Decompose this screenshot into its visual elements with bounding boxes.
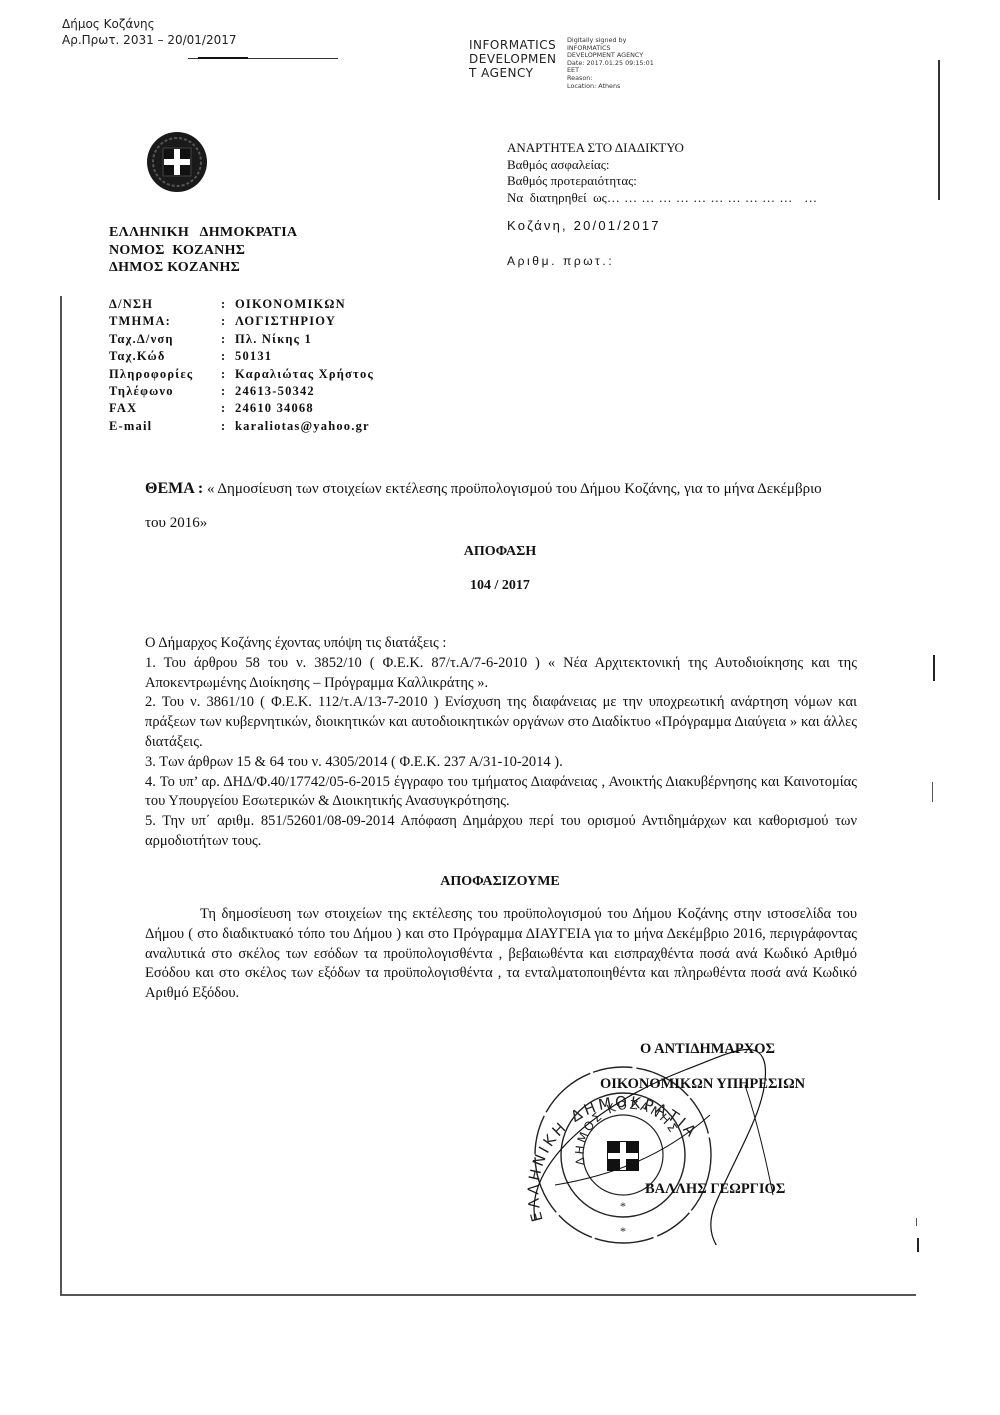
signatory-title: Ο ΑΝΤΙΔΗΜΑΡΧΟΣ xyxy=(640,1041,775,1058)
contact-key: FAX xyxy=(109,400,221,417)
contact-key: Ταχ.Δ/νση xyxy=(109,331,221,348)
contact-value: karaliotas@yahoo.gr xyxy=(235,418,370,435)
digital-signature-signer: INFORMATICS DEVELOPMEN T AGENCY xyxy=(469,38,556,80)
contact-value: Καραλιώτας Χρήστος xyxy=(235,366,374,383)
protocol-stamp: Δήμος Κοζάνης Αρ.Πρωτ. 2031 – 20/01/2017 xyxy=(62,16,237,48)
signer-line: T AGENCY xyxy=(469,66,556,80)
resolution-title: ΑΠΟΦΑΣΙΖΟΥΜΕ xyxy=(0,874,1000,890)
protocol-municipality: Δήμος Κοζάνης xyxy=(62,16,237,32)
contact-info: Δ/ΝΣΗ:ΟΙΚΟΝΟΜΙΚΩΝΤΜΗΜΑ::ΛΟΓΙΣΤΗΡΙΟΥΤαχ.Δ… xyxy=(109,296,374,435)
legal-item: 3. Των άρθρων 15 & 64 του ν. 4305/2014 (… xyxy=(145,753,857,773)
contact-key: ΤΜΗΜΑ: xyxy=(109,313,221,330)
contact-row: ΤΜΗΜΑ::ΛΟΓΙΣΤΗΡΙΟΥ xyxy=(109,313,374,330)
contact-row: FAX:24610 34068 xyxy=(109,400,374,417)
contact-key: Πληροφορίες xyxy=(109,366,221,383)
scan-mark xyxy=(933,655,935,681)
signatory-department: ΟΙΚΟΝΟΜΙΚΩΝ ΥΠΗΡΕΣΙΩΝ xyxy=(600,1076,805,1093)
contact-separator: : xyxy=(221,400,235,417)
contact-key: Ταχ.Κώδ xyxy=(109,348,221,365)
posting-block: ΑΝΑΡΤΗΤΕΑ ΣΤΟ ΔΙΑΔΙΚΤΥΟ Βαθμός ασφαλείας… xyxy=(507,140,818,206)
protocol-underline xyxy=(188,58,338,59)
legal-item: 4. Το υπ’ αρ. ΔΗΔ/Φ.40/17742/05-6-2015 έ… xyxy=(145,773,857,813)
contact-value: 50131 xyxy=(235,348,272,365)
retention-line: Να διατηρηθεί ως… … … … … … … … … … … … xyxy=(507,190,818,207)
contact-separator: : xyxy=(221,348,235,365)
scan-border-bottom xyxy=(61,1294,916,1296)
legal-item: 1. Του άρθρου 58 του ν. 3852/10 ( Φ.Ε.Κ.… xyxy=(145,654,857,694)
contact-row: Ταχ.Δ/νση:Πλ. Νίκης 1 xyxy=(109,331,374,348)
contact-row: Ταχ.Κώδ:50131 xyxy=(109,348,374,365)
contact-separator: : xyxy=(221,418,235,435)
decision-title: ΑΠΟΦΑΣΗ xyxy=(0,544,1000,560)
decision-number: 104 / 2017 xyxy=(0,578,1000,594)
signer-line: DEVELOPMEN xyxy=(469,52,556,66)
authority-prefecture: ΝΟΜΟΣ ΚΟΖΑΝΗΣ xyxy=(109,242,297,260)
contact-value: Πλ. Νίκης 1 xyxy=(235,331,312,348)
subject: ΘΕΜΑ : « Δημοσίευση των στοιχείων εκτέλε… xyxy=(145,472,845,540)
authority-header: ΕΛΛΗΝΙΚΗ ΔΗΜΟΚΡΑΤΙΑ ΝΟΜΟΣ ΚΟΖΑΝΗΣ ΔΗΜΟΣ … xyxy=(109,224,297,277)
scan-mark xyxy=(938,60,940,200)
scan-mark xyxy=(917,1238,919,1252)
signature-location: Location: Athens xyxy=(567,83,654,91)
resolution-body: Τη δημοσίευση των στοιχείων της εκτέλεση… xyxy=(145,905,857,1004)
protocol-number: Αρ.Πρωτ. 2031 – 20/01/2017 xyxy=(62,32,237,48)
subject-label: ΘΕΜΑ : xyxy=(145,480,203,497)
protocol-number-label: Αριθμ. πρωτ.: xyxy=(507,254,614,268)
contact-separator: : xyxy=(221,383,235,400)
contact-separator: : xyxy=(221,331,235,348)
signer-line: INFORMATICS xyxy=(469,38,556,52)
legal-item: 5. Την υπ΄ αριθμ. 851/52601/08-09-2014 Α… xyxy=(145,812,857,852)
greek-coat-of-arms-icon xyxy=(146,131,208,193)
contact-value: 24613-50342 xyxy=(235,383,315,400)
contact-key: E-mail xyxy=(109,418,221,435)
svg-text:*: * xyxy=(620,1224,626,1238)
document-date: Κοζάνη, 20/01/2017 xyxy=(507,218,661,233)
authority-municipality: ΔΗΜΟΣ ΚΟΖΑΝΗΣ xyxy=(109,259,297,277)
security-level-label: Βαθμός ασφαλείας: xyxy=(507,157,818,174)
subject-text: « Δημοσίευση των στοιχείων εκτέλεσης προ… xyxy=(145,481,822,531)
scan-mark xyxy=(916,1218,917,1226)
legal-basis: Ο Δήμαρχος Κοζάνης έχοντας υπόψη τις δια… xyxy=(145,634,857,852)
scan-border-left xyxy=(60,296,62,1296)
contact-value: ΛΟΓΙΣΤΗΡΙΟΥ xyxy=(235,313,336,330)
contact-key: Δ/ΝΣΗ xyxy=(109,296,221,313)
authority-republic: ΕΛΛΗΝΙΚΗ ΔΗΜΟΚΡΑΤΙΑ xyxy=(109,224,297,242)
digital-signature-details: Digitally signed by INFORMATICS DEVELOPM… xyxy=(567,37,654,90)
svg-text:*: * xyxy=(620,1199,626,1213)
contact-value: 24610 34068 xyxy=(235,400,314,417)
legal-item: 2. Του ν. 3861/10 ( Φ.Ε.Κ. 112/τ.Α/13-7-… xyxy=(145,693,857,752)
contact-row: Τηλέφωνο:24613-50342 xyxy=(109,383,374,400)
official-seal-icon: ΕΛΛΗΝΙΚΗ ΔΗΜΟΚΡΑΤΙΑ ΔΗΜΟΣ ΚΟΖΑΝΗΣ * * xyxy=(515,1045,875,1245)
contact-separator: : xyxy=(221,296,235,313)
contact-row: Πληροφορίες:Καραλιώτας Χρήστος xyxy=(109,366,374,383)
posting-online-label: ΑΝΑΡΤΗΤΕΑ ΣΤΟ ΔΙΑΔΙΚΤΥΟ xyxy=(507,140,818,157)
scan-mark xyxy=(932,782,933,802)
legal-intro: Ο Δήμαρχος Κοζάνης έχοντας υπόψη τις δια… xyxy=(145,634,857,654)
contact-row: Δ/ΝΣΗ:ΟΙΚΟΝΟΜΙΚΩΝ xyxy=(109,296,374,313)
resolution-text: Τη δημοσίευση των στοιχείων της εκτέλεση… xyxy=(145,905,857,1004)
signature-date: Date: 2017.01.25 09:15:01 xyxy=(567,60,654,68)
priority-level-label: Βαθμός προτεραιότητας: xyxy=(507,173,818,190)
contact-row: E-mail:karaliotas@yahoo.gr xyxy=(109,418,374,435)
signatory-name: ΒΑΛΛΗΣ ΓΕΩΡΓΙΟΣ xyxy=(645,1181,785,1198)
contact-key: Τηλέφωνο xyxy=(109,383,221,400)
contact-separator: : xyxy=(221,313,235,330)
contact-separator: : xyxy=(221,366,235,383)
contact-value: ΟΙΚΟΝΟΜΙΚΩΝ xyxy=(235,296,346,313)
